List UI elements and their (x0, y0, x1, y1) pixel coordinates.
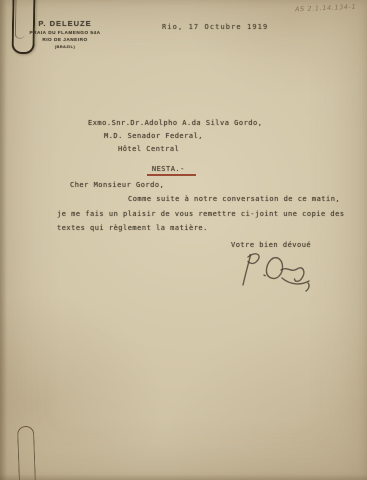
letter-document: AS 2.1.14.134-1 P. DELEUZE PRAIA DU FLAM… (0, 0, 367, 480)
letterhead: P. DELEUZE PRAIA DU FLAMENGO 54A RIO DE … (14, 19, 116, 49)
date-line: Rio, 17 Octubre 1919 (162, 23, 268, 31)
salutation: Cher Monsieur Gordo, (70, 181, 164, 189)
recipient-city-line: NESTA.- (128, 157, 196, 184)
signature-p-deleuze (212, 245, 318, 293)
letterhead-name: P. DELEUZE (14, 19, 116, 28)
letterhead-address-street: PRAIA DU FLAMENGO 54A (14, 30, 116, 35)
nesta-underlined-text: NESTA.- (147, 165, 196, 176)
body-line-2: je me fais un plaisir de vous remettre c… (57, 210, 345, 218)
recipient-title-line: M.D. Senador Federal, (104, 132, 203, 140)
recipient-address-line: Hôtel Central (118, 145, 179, 153)
recipient-name-line: Exmo.Snr.Dr.Adolpho A.da Silva Gordo, (88, 119, 262, 127)
paperclip-bottom-icon (17, 426, 36, 480)
letterhead-address-country: (BRAZIL) (14, 44, 116, 49)
body-line-3: textes qui règlement la matière. (57, 224, 208, 232)
letterhead-address-city: RIO DE JANEIRO (14, 37, 116, 42)
body-line-1: Comme suite à notre conversation de ce m… (128, 195, 340, 203)
archival-annotation: AS 2.1.14.134-1 (295, 3, 357, 14)
